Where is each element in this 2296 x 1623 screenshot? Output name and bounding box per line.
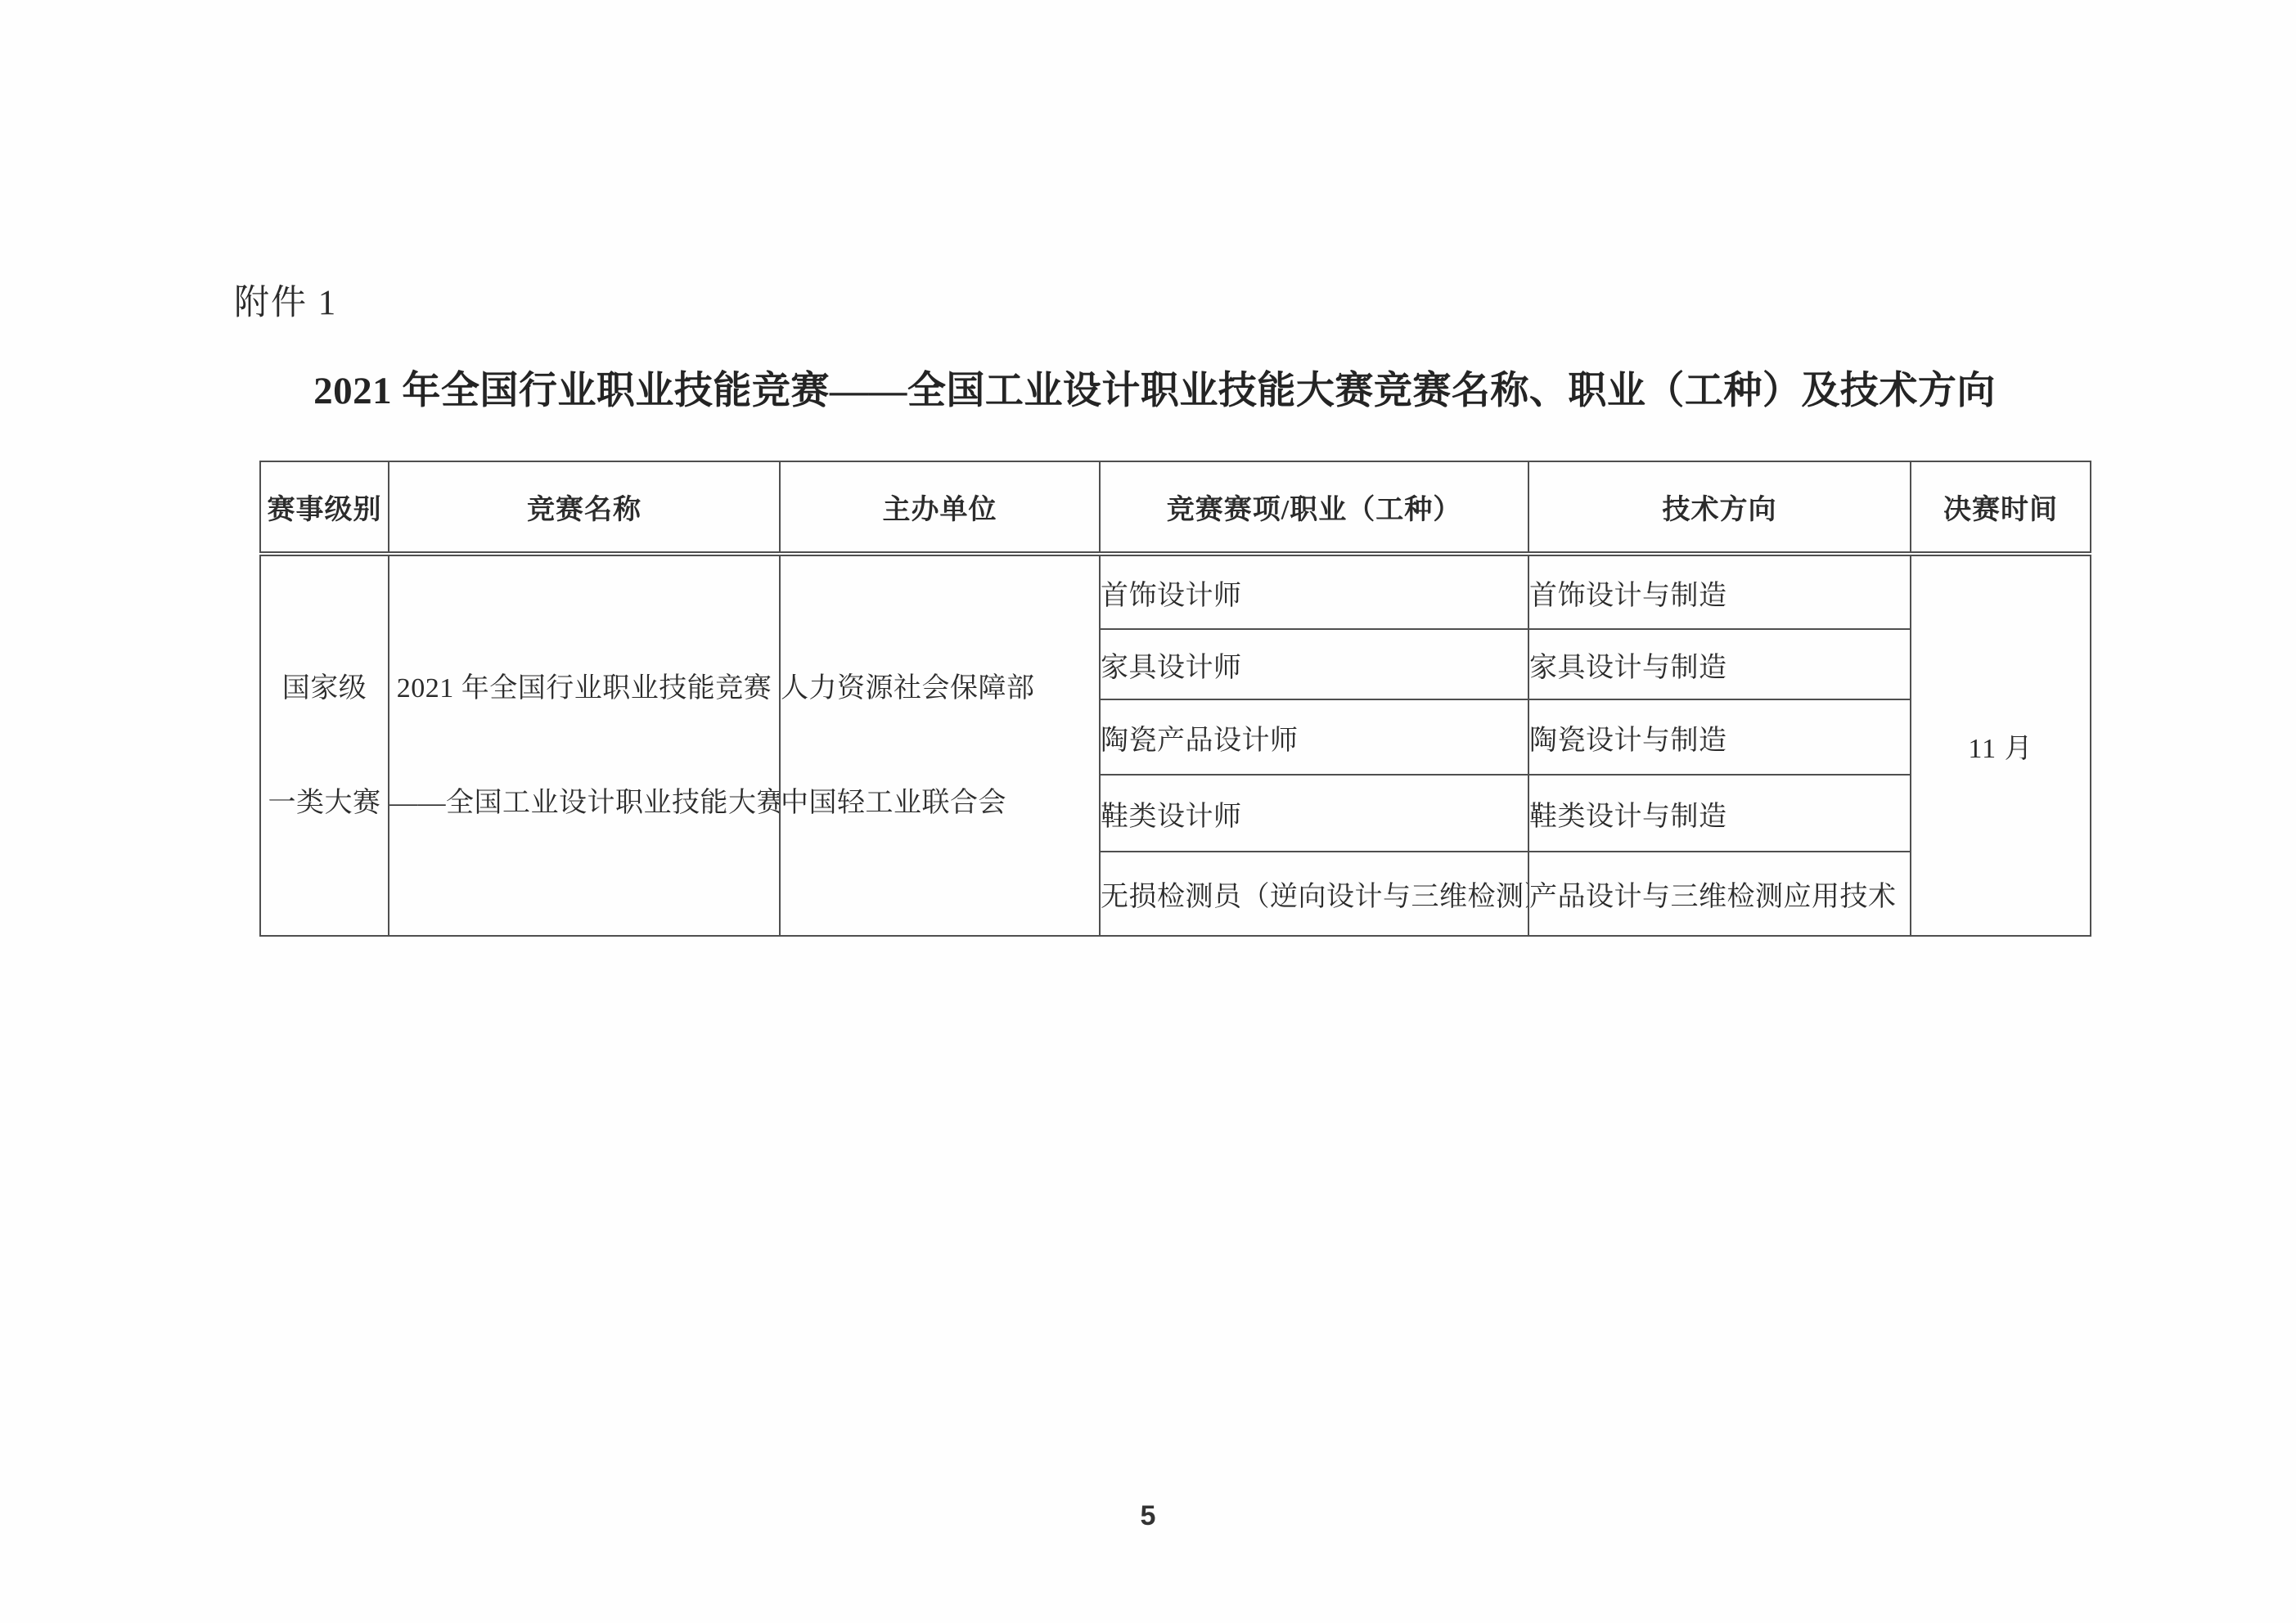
- event-level-line2: 一类大赛: [261, 746, 388, 861]
- organizer-line2: 中国轻工业联合会: [781, 746, 1099, 861]
- occupation-cell: 陶瓷产品设计师: [1100, 699, 1528, 775]
- header-final-time: 决赛时间: [1911, 461, 2091, 554]
- direction-cell: 鞋类设计与制造: [1528, 775, 1911, 852]
- table-header-row: 赛事级别 竞赛名称 主办单位 竞赛赛项/职业（工种） 技术方向 决赛时间: [260, 461, 2091, 554]
- direction-cell: 首饰设计与制造: [1528, 554, 1911, 629]
- organizer-cell: 人力资源社会保障部 中国轻工业联合会: [780, 554, 1100, 936]
- page-number: 5: [0, 1500, 2296, 1532]
- occupation-cell: 家具设计师: [1100, 629, 1528, 699]
- header-organizer: 主办单位: [780, 461, 1100, 554]
- competition-name-line2: ——全国工业设计职业技能大赛: [389, 746, 779, 861]
- competition-name-cell: 2021 年全国行业职业技能竞赛 ——全国工业设计职业技能大赛: [389, 554, 780, 936]
- attachment-label: 附件 1: [234, 275, 337, 325]
- page-title: 2021 年全国行业职业技能竞赛——全国工业设计职业技能大赛竞赛名称、职业（工种…: [7, 360, 2296, 415]
- event-level-line1: 国家级: [261, 632, 388, 746]
- competition-name-line1: 2021 年全国行业职业技能竞赛: [389, 632, 779, 746]
- header-event-level: 赛事级别: [260, 461, 389, 554]
- event-level-cell: 国家级 一类大赛: [260, 554, 389, 936]
- header-occupation: 竞赛赛项/职业（工种）: [1100, 461, 1528, 554]
- direction-cell: 产品设计与三维检测应用技术: [1528, 852, 1911, 936]
- header-competition-name: 竞赛名称: [389, 461, 780, 554]
- occupation-cell: 鞋类设计师: [1100, 775, 1528, 852]
- occupation-cell: 首饰设计师: [1100, 554, 1528, 629]
- direction-cell: 家具设计与制造: [1528, 629, 1911, 699]
- table-row: 国家级 一类大赛 2021 年全国行业职业技能竞赛 ——全国工业设计职业技能大赛…: [260, 554, 2091, 629]
- competition-table: 赛事级别 竞赛名称 主办单位 竞赛赛项/职业（工种） 技术方向 决赛时间 国家级…: [259, 461, 2091, 937]
- organizer-line1: 人力资源社会保障部: [781, 632, 1099, 746]
- direction-cell: 陶瓷设计与制造: [1528, 699, 1911, 775]
- final-time-cell: 11 月: [1911, 554, 2091, 936]
- header-tech-direction: 技术方向: [1528, 461, 1911, 554]
- occupation-cell: 无损检测员（逆向设计与三维检测）: [1100, 852, 1528, 936]
- scanned-document-page: 附件 1 2021 年全国行业职业技能竞赛——全国工业设计职业技能大赛竞赛名称、…: [0, 0, 2296, 1623]
